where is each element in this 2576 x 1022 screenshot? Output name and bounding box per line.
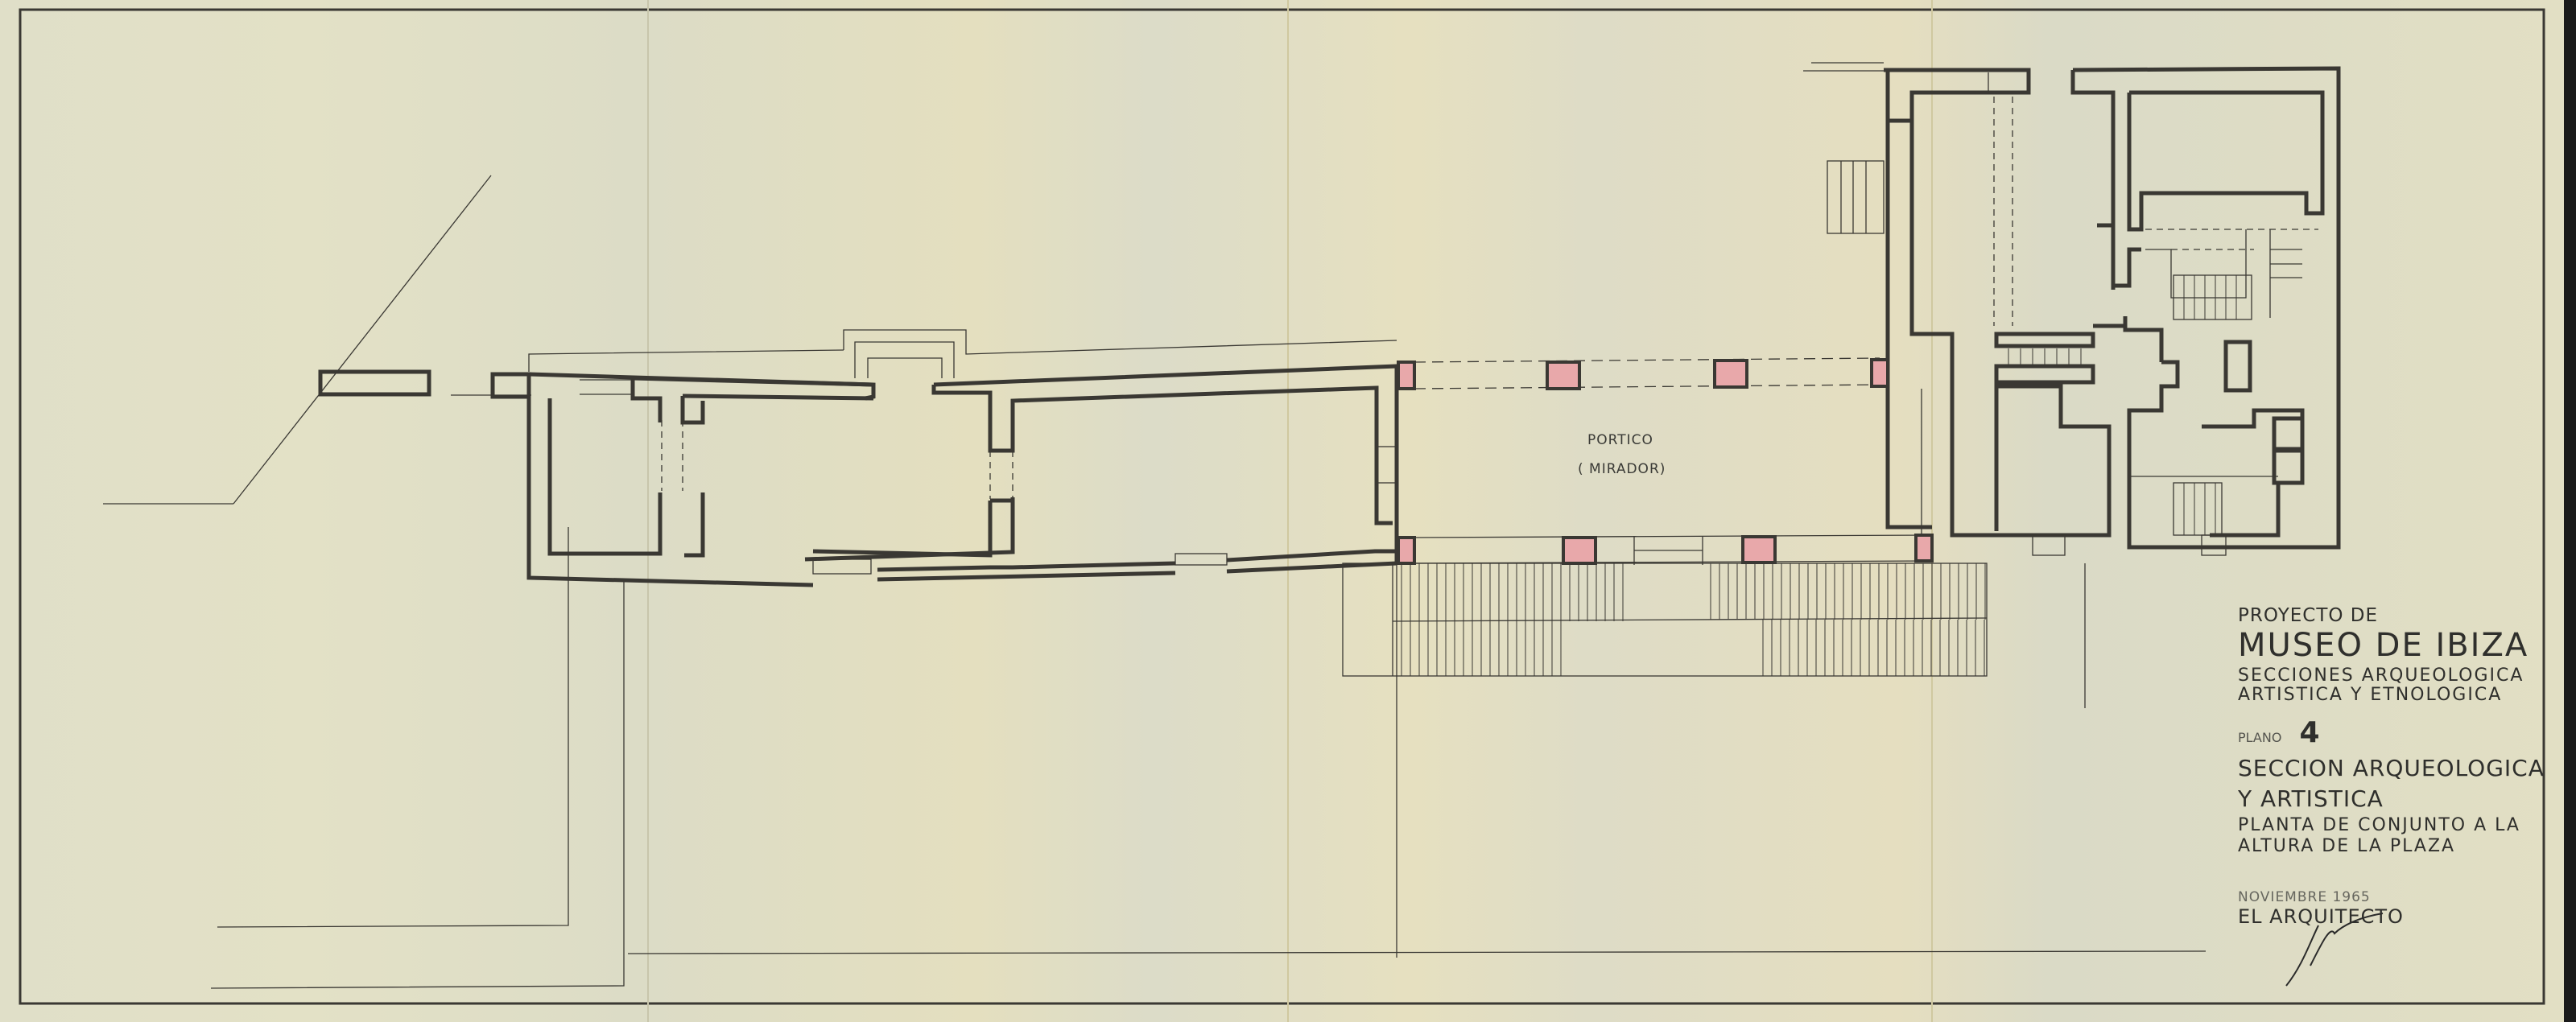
signatory-label: EL ARQUITECTO (2238, 905, 2544, 928)
portico-outline (1414, 358, 1932, 565)
subtitle-line-2: ALTURA DE LA PLAZA (2238, 836, 2544, 857)
drawing-date: NOVIEMBRE 1965 (2238, 889, 2544, 905)
room-label-portico: PORTICO (1587, 432, 1653, 448)
east-wing-thin (1803, 63, 2318, 555)
plan-label: PLANO (2238, 730, 2281, 745)
sheet-border (20, 10, 2544, 1003)
plan-number: 4 (2299, 716, 2319, 749)
west-wing-walls (320, 366, 1397, 585)
section-line-1: SECCION ARQUEOLOGICA (2238, 757, 2544, 780)
section-line-2: Y ARTISTICA (2238, 788, 2544, 810)
project-prefix: PROYECTO DE (2238, 605, 2544, 626)
drawing-sheet: PORTICO ( MIRADOR) PROYECTO DE MUSEO DE … (0, 0, 2564, 1022)
title-block: PROYECTO DE MUSEO DE IBIZA SECCIONES ARQ… (2238, 605, 2544, 928)
stair-treads (2008, 275, 2236, 535)
sections-line-2: ARTISTICA Y ETNOLOGICA (2238, 686, 2544, 705)
project-name: MUSEO DE IBIZA (2238, 628, 2544, 663)
subtitle-line-1: PLANTA DE CONJUNTO A LA (2238, 815, 2544, 836)
plan-number-row: PLANO 4 (2238, 716, 2544, 749)
floor-plan (0, 0, 2564, 1022)
portico-steps (1343, 563, 1987, 676)
sections-line-1: SECCIONES ARQUEOLOGICA (2238, 666, 2544, 686)
site-lines (103, 175, 2206, 988)
room-sublabel-mirador: ( MIRADOR) (1578, 461, 1666, 477)
